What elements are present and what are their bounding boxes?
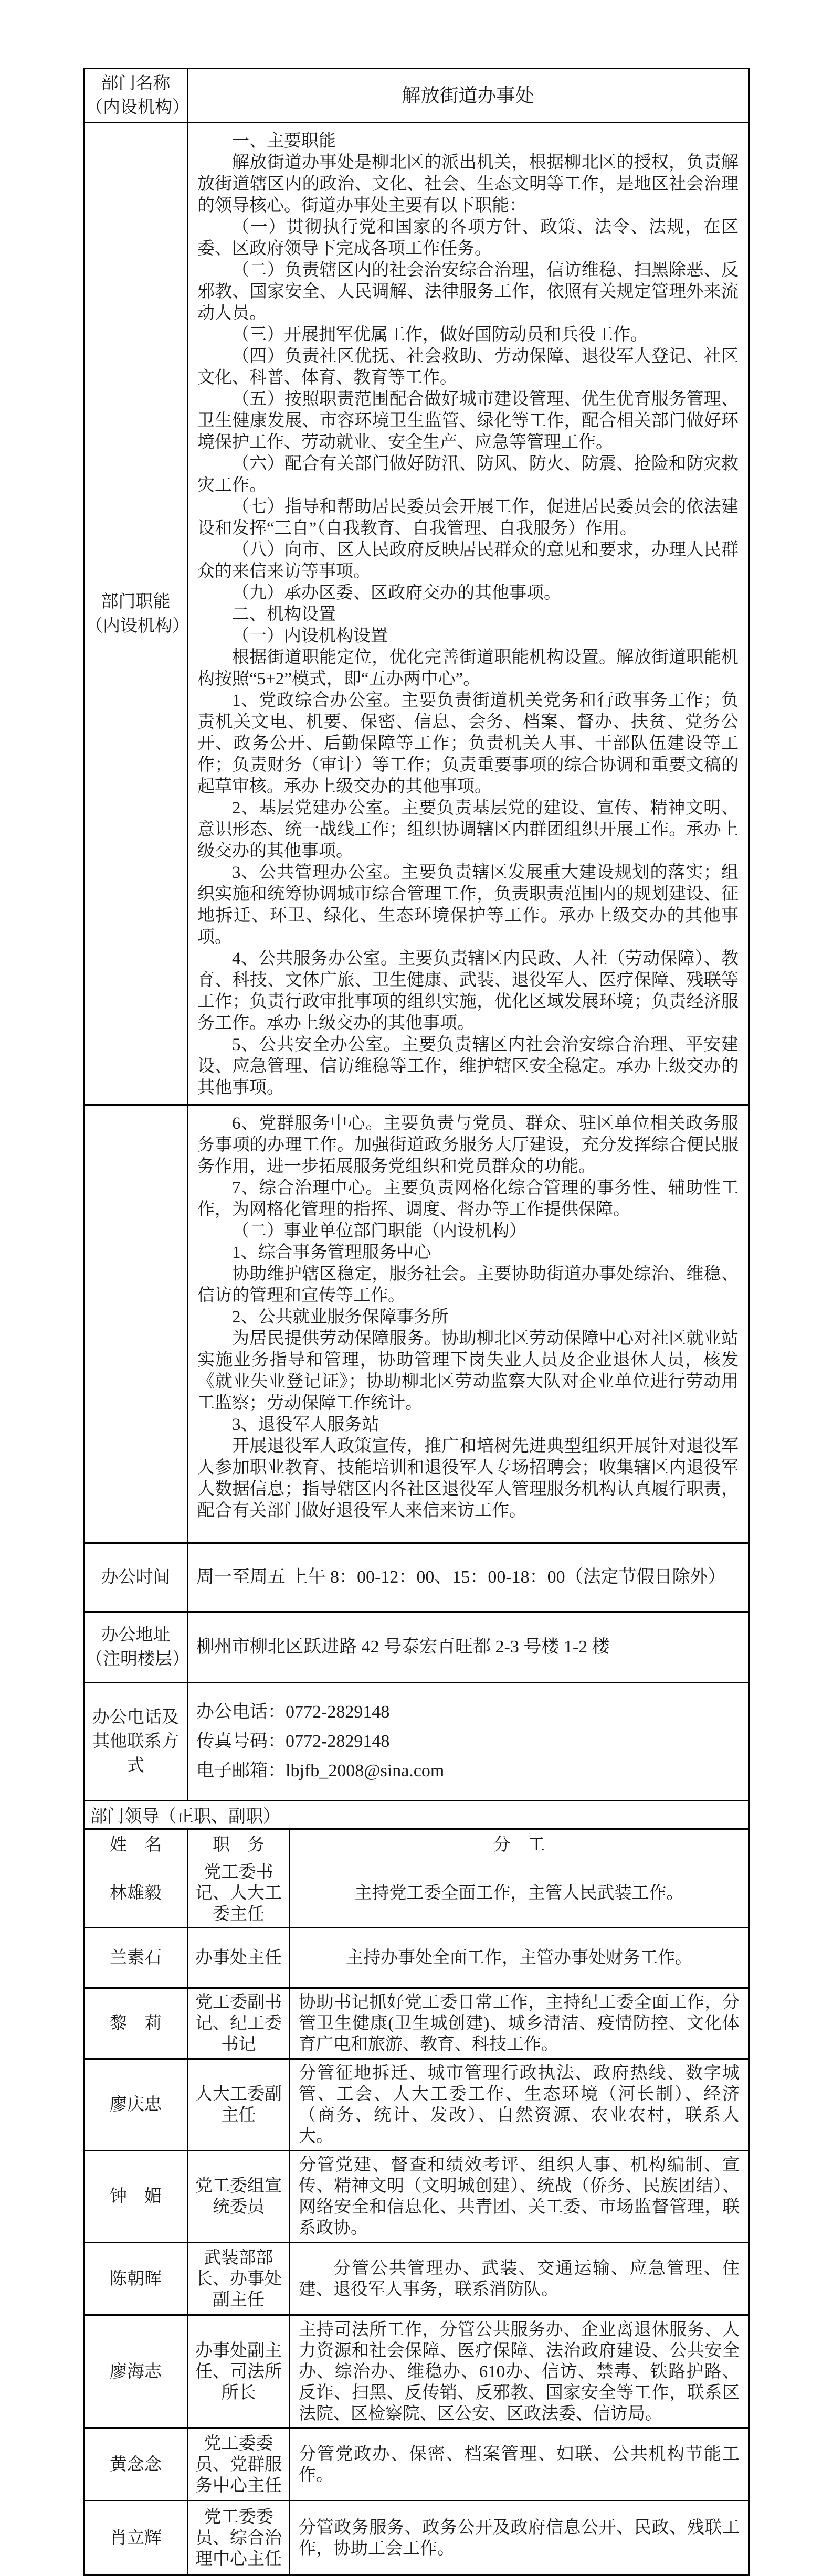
duty-paragraph: 3、退役军人服务站 bbox=[197, 1414, 739, 1436]
duty-paragraph: 一、主要职能 bbox=[197, 131, 739, 152]
leader-name: 陈朝晖 bbox=[85, 2243, 188, 2314]
leader-duty-text: 分管公共管理办、武装、交通运输、应急管理、住建、退役军人事务，联系消防队。 bbox=[299, 2258, 740, 2300]
leader-duty: 主持党工委全面工作，主管人民武装工作。 bbox=[290, 1860, 748, 1927]
office-address-label: 办公地址 （注明楼层） bbox=[85, 1613, 188, 1682]
leader-position: 办事处副主任、司法所所长 bbox=[188, 2316, 290, 2427]
leader-name: 钟 媚 bbox=[85, 2151, 188, 2242]
duty-paragraph: 5、公共安全办公室。主要负责辖区内社会治安综合治理、平安建设、应急管理、信访维稳… bbox=[197, 1034, 739, 1099]
duty-paragraph: （二）事业单位部门职能（内设机构） bbox=[197, 1221, 739, 1242]
duty-paragraph: （一）贯彻执行党和国家的各项方针、政策、法令、法规，在区委、区政府领导下完成各项… bbox=[197, 217, 739, 260]
leader-duty: 分管征地拆迁、城市管理行政执法、政府热线、数字城管、工会、人大工委工作、生态环境… bbox=[290, 2060, 748, 2150]
duty-paragraph: 6、党群服务中心。主要负责与党员、群众、驻区单位相关政务服务事项的办理工作。加强… bbox=[197, 1113, 739, 1178]
leader-position: 党工委委员、党群服务中心主任 bbox=[188, 2429, 290, 2500]
leader-name: 兰素石 bbox=[85, 1928, 188, 1987]
duty-paragraph: 3、公共管理办公室。主要负责辖区发展重大建设规划的落实；组织实施和统筹协调城市综… bbox=[197, 862, 739, 948]
leader-position: 党工委组宣统委员 bbox=[188, 2151, 290, 2242]
duty-paragraph: 二、机构设置 bbox=[197, 604, 739, 626]
duty-paragraph: 根据街道职能定位，优化完善街道职能机构设置。解放街道职能机构按照“5+2”模式，… bbox=[197, 647, 739, 690]
duty-paragraph: （一）内设机构设置 bbox=[197, 626, 739, 647]
leaders-header-row: 姓 名 职 务 分 工 bbox=[85, 1828, 748, 1860]
leader-name: 廖庆忠 bbox=[85, 2060, 188, 2150]
duty-paragraph: 7、综合治理中心。主要负责网格化综合管理的事务性、辅助性工作，为网格化管理的指挥… bbox=[197, 1178, 739, 1221]
department-name-value: 解放街道办事处 bbox=[188, 69, 748, 122]
duty-paragraph: 2、基层党建办公室。主要负责基层党的建设、宣传、精神文明、意识形态、统一战线工作… bbox=[197, 798, 739, 862]
duty-paragraph: （三）开展拥军优属工作，做好国防动员和兵役工作。 bbox=[197, 324, 739, 346]
leader-row: 陈朝晖武装部部长、办事处副主任分管公共管理办、武装、交通运输、应急管理、住建、退… bbox=[85, 2242, 748, 2314]
duty-paragraph: 2、公共就业服务保障事务所 bbox=[197, 1307, 739, 1328]
duty-paragraph: 协助维护辖区稳定，服务社会。主要协助街道办事处综治、维稳、信访的管理和宣传等工作… bbox=[197, 1264, 739, 1307]
office-contact-label-text: 办公电话及其他联系方式 bbox=[86, 1705, 186, 1778]
office-hours-value: 周一至周五 上午 8：00-12：00、15：00-18：00（法定节假日除外） bbox=[188, 1544, 748, 1611]
department-name-text: 解放街道办事处 bbox=[402, 85, 534, 107]
duty-paragraph: （六）配合有关部门做好防汛、防风、防火、防震、抢险和防灾救灾工作。 bbox=[197, 453, 739, 496]
leader-row: 廖庆忠人大工委副主任分管征地拆迁、城市管理行政执法、政府热线、数字城管、工会、人… bbox=[85, 2058, 748, 2150]
department-duties-label: 部门职能 （内设机构） bbox=[85, 123, 188, 1104]
leader-name: 林雄毅 bbox=[85, 1860, 188, 1927]
leader-duty-text: 分管征地拆迁、城市管理行政执法、政府热线、数字城管、工会、人大工委工作、生态环境… bbox=[299, 2063, 740, 2147]
office-address-label-line1: 办公地址 bbox=[101, 1623, 171, 1647]
leaders-table-body: 林雄毅党工委书记、人大工委主任主持党工委全面工作，主管人民武装工作。兰素石办事处… bbox=[85, 1860, 748, 2574]
department-name-label-line2: （内设机构） bbox=[86, 96, 186, 120]
duty-paragraph: （七）指导和帮助居民委员会开展工作，促进居民委员会的依法建设和发挥“三自”（自我… bbox=[197, 496, 739, 539]
duty-paragraph: 1、党政综合办公室。主要负责街道机关党务和行政事务工作；负责机关文电、机要、保密… bbox=[197, 690, 739, 798]
duty-paragraph: （五）按照职责范围配合做好城市建设管理、优生优育服务管理、卫生健康发展、市容环境… bbox=[197, 389, 739, 453]
leader-row: 黎 莉党工委副书记、纪工委书记协助书记抓好党工委日常工作，主持纪工委全面工作，分… bbox=[85, 1987, 748, 2058]
leader-duty: 主持司法所工作，分管公共服务办、企业离退休服务、人力资源和社会保障、医疗保障、法… bbox=[290, 2316, 748, 2427]
leader-name: 肖立辉 bbox=[85, 2501, 188, 2574]
office-address-text: 柳州市柳北区跃进路 42 号泰宏百旺都 2-3 号楼 1-2 楼 bbox=[196, 1632, 740, 1662]
leaders-header-position: 职 务 bbox=[188, 1830, 290, 1860]
leader-position: 党工委书记、人大工委主任 bbox=[188, 1860, 290, 1927]
leader-row: 黄念念党工委委员、党群服务中心主任分管党政办、保密、档案管理、妇联、公共机构节能… bbox=[85, 2427, 748, 2500]
department-name-label-line1: 部门名称 bbox=[101, 71, 171, 96]
office-hours-row: 办公时间 周一至周五 上午 8：00-12：00、15：00-18：00（法定节… bbox=[85, 1542, 748, 1611]
duty-paragraph: 4、公共服务办公室。主要负责辖区内民政、人社（劳动保障）、教育、科技、文体广旅、… bbox=[197, 948, 739, 1034]
duty-paragraph: 解放街道办事处是柳北区的派出机关，根据柳北区的授权，负责解放街道辖区内的政治、文… bbox=[197, 152, 739, 217]
office-email: 电子邮箱：lbjfb_2008@sina.com bbox=[196, 1756, 740, 1786]
leaders-header-duty: 分 工 bbox=[290, 1830, 748, 1860]
department-name-row: 部门名称 （内设机构） 解放街道办事处 bbox=[85, 69, 748, 122]
office-contact-row: 办公电话及其他联系方式 办公电话：0772-2829148 传真号码：0772-… bbox=[85, 1682, 748, 1800]
department-duties-label-line1: 部门职能 bbox=[101, 590, 171, 614]
leader-duty-text: 分管党政办、保密、档案管理、妇联、公共机构节能工作。 bbox=[299, 2444, 740, 2486]
duty-paragraph: 开展退役军人政策宣传，推广和培树先进典型组织开展针对退役军人参加职业教育、技能培… bbox=[197, 1436, 739, 1522]
department-duties-row-2: 6、党群服务中心。主要负责与党员、群众、驻区单位相关政务服务事项的办理工作。加强… bbox=[85, 1104, 748, 1542]
department-duties-row-1: 部门职能 （内设机构） 一、主要职能解放街道办事处是柳北区的派出机关，根据柳北区… bbox=[85, 122, 748, 1104]
leader-position: 党工委委员、综合治理中心主任 bbox=[188, 2501, 290, 2574]
office-contact-label: 办公电话及其他联系方式 bbox=[85, 1683, 188, 1800]
department-duties-text-1: 一、主要职能解放街道办事处是柳北区的派出机关，根据柳北区的授权，负责解放街道辖区… bbox=[188, 123, 748, 1104]
leader-duty: 主持办事处全面工作，主管办事处财务工作。 bbox=[290, 1928, 748, 1987]
duty-paragraph: （八）向市、区人民政府反映居民群众的意见和要求，办理人民群众的来信来访等事项。 bbox=[197, 539, 739, 582]
leader-duty-text: 主持党工委全面工作，主管人民武装工作。 bbox=[299, 1883, 740, 1904]
leaders-header-name: 姓 名 bbox=[85, 1830, 188, 1860]
department-duties-empty-label bbox=[85, 1106, 188, 1542]
leader-duty: 分管政务服务、政务公开及政府信息公开、民政、残联工作，协助工会工作。 bbox=[290, 2501, 748, 2574]
office-hours-text: 周一至周五 上午 8：00-12：00、15：00-18：00（法定节假日除外） bbox=[196, 1563, 740, 1592]
leader-duty: 分管公共管理办、武装、交通运输、应急管理、住建、退役军人事务，联系消防队。 bbox=[290, 2243, 748, 2314]
leader-name: 廖海志 bbox=[85, 2316, 188, 2427]
leader-name: 黎 莉 bbox=[85, 1989, 188, 2058]
office-address-label-line2: （注明楼层） bbox=[86, 1647, 186, 1671]
leader-position: 办事处主任 bbox=[188, 1928, 290, 1987]
leader-duty: 分管党建、督查和绩效考评、组织人事、机构编制、宣传、精神文明（文明城创建）、统战… bbox=[290, 2151, 748, 2242]
leader-duty: 分管党政办、保密、档案管理、妇联、公共机构节能工作。 bbox=[290, 2429, 748, 2500]
office-contact-value: 办公电话：0772-2829148 传真号码：0772-2829148 电子邮箱… bbox=[188, 1683, 748, 1800]
duty-paragraph: 1、综合事务管理服务中心 bbox=[197, 1242, 739, 1264]
office-address-row: 办公地址 （注明楼层） 柳州市柳北区跃进路 42 号泰宏百旺都 2-3 号楼 1… bbox=[85, 1611, 748, 1682]
leader-duty-text: 主持司法所工作，分管公共服务办、企业离退休服务、人力资源和社会保障、医疗保障、法… bbox=[299, 2319, 740, 2424]
office-address-value: 柳州市柳北区跃进路 42 号泰宏百旺都 2-3 号楼 1-2 楼 bbox=[188, 1613, 748, 1682]
department-info-table: 部门名称 （内设机构） 解放街道办事处 部门职能 （内设机构） 一、主要职能解放… bbox=[83, 68, 750, 2576]
leader-position: 武装部部长、办事处副主任 bbox=[188, 2243, 290, 2314]
leader-row: 肖立辉党工委委员、综合治理中心主任分管政务服务、政务公开及政府信息公开、民政、残… bbox=[85, 2500, 748, 2574]
duty-paragraph: （四）负责社区优抚、社会救助、劳动保障、退役军人登记、社区文化、科普、体育、教育… bbox=[197, 346, 739, 389]
department-duties-label-line2: （内设机构） bbox=[86, 614, 186, 638]
leader-row: 兰素石办事处主任主持办事处全面工作，主管办事处财务工作。 bbox=[85, 1927, 748, 1987]
leader-duty: 协助书记抓好党工委日常工作，主持纪工委全面工作，分管卫生健康(卫生城创建)、城乡… bbox=[290, 1989, 748, 2058]
leader-row: 林雄毅党工委书记、人大工委主任主持党工委全面工作，主管人民武装工作。 bbox=[85, 1860, 748, 1927]
leaders-band-title: 部门领导（正职、副职） bbox=[85, 1801, 748, 1828]
leader-row: 钟 媚党工委组宣统委员分管党建、督查和绩效考评、组织人事、机构编制、宣传、精神文… bbox=[85, 2150, 748, 2242]
duty-paragraph: 为居民提供劳动保障服务。协助柳北区劳动保障中心对社区就业站实施业务指导和管理，协… bbox=[197, 1328, 739, 1414]
office-hours-label-text: 办公时间 bbox=[101, 1565, 171, 1589]
leader-position: 人大工委副主任 bbox=[188, 2060, 290, 2150]
office-hours-label: 办公时间 bbox=[85, 1544, 188, 1611]
leader-row: 廖海志办事处副主任、司法所所长主持司法所工作，分管公共服务办、企业离退休服务、人… bbox=[85, 2314, 748, 2427]
duty-paragraph: （二）负责辖区内的社会治安综合治理，信访维稳、扫黑除恶、反邪教、国家安全、人民调… bbox=[197, 260, 739, 324]
leader-duty-text: 分管党建、督查和绩效考评、组织人事、机构编制、宣传、精神文明（文明城创建）、统战… bbox=[299, 2155, 740, 2239]
leader-name: 黄念念 bbox=[85, 2429, 188, 2500]
department-name-label: 部门名称 （内设机构） bbox=[85, 69, 188, 122]
leaders-band-row: 部门领导（正职、副职） bbox=[85, 1800, 748, 1828]
document-page: 部门名称 （内设机构） 解放街道办事处 部门职能 （内设机构） 一、主要职能解放… bbox=[0, 0, 833, 2482]
office-phone: 办公电话：0772-2829148 bbox=[196, 1698, 740, 1727]
leader-duty-text: 主持办事处全面工作，主管办事处财务工作。 bbox=[299, 1947, 740, 1968]
leader-duty-text: 协助书记抓好党工委日常工作，主持纪工委全面工作，分管卫生健康(卫生城创建)、城乡… bbox=[299, 1992, 740, 2055]
leader-duty-text: 分管政务服务、政务公开及政府信息公开、民政、残联工作，协助工会工作。 bbox=[299, 2517, 740, 2559]
leader-position: 党工委副书记、纪工委书记 bbox=[188, 1989, 290, 2058]
department-duties-text-2: 6、党群服务中心。主要负责与党员、群众、驻区单位相关政务服务事项的办理工作。加强… bbox=[188, 1106, 748, 1542]
office-fax: 传真号码：0772-2829148 bbox=[196, 1727, 740, 1756]
duty-paragraph: （九）承办区委、区政府交办的其他事项。 bbox=[197, 582, 739, 604]
